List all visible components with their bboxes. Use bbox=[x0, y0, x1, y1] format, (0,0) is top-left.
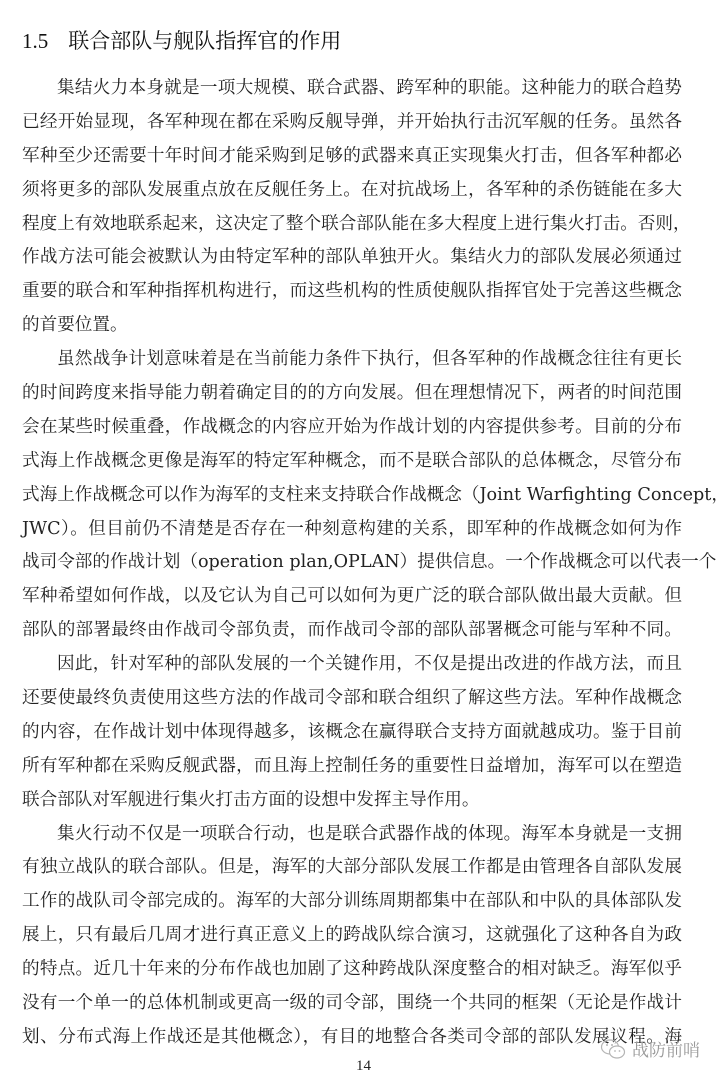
section-title: 联合部队与舰队指挥官的作用 bbox=[68, 29, 341, 53]
text-line: 因此，针对军种的部队发展的一个关键作用，不仅是提出改进的作战方法，而且 bbox=[22, 648, 682, 682]
text-line: 展上，只有最后几周才进行真正意义上的跨战队综合演习，这就强化了这种各自为政 bbox=[22, 919, 682, 953]
section-number: 1.5 bbox=[22, 29, 48, 53]
text-line: 没有一个单一的总体机制或更高一级的司令部，围绕一个共同的框架（无论是作战计 bbox=[22, 987, 682, 1021]
text-line: 战司令部的作战计划（operation plan,OPLAN）提供信息。一个作战… bbox=[22, 546, 682, 580]
text-line: JWC）。但目前仍不清楚是否存在一种刻意构建的关系，即军种的作战概念如何为作 bbox=[22, 513, 682, 547]
text-line: 已经开始显现，各军种现在都在采购反舰导弹，并开始执行击沉军舰的任务。虽然各 bbox=[22, 106, 682, 140]
section-heading: 1.5联合部队与舰队指挥官的作用 bbox=[22, 26, 341, 56]
text-line: 所有军种都在采购反舰武器，而且海上控制任务的重要性日益增加，海军可以在塑造 bbox=[22, 750, 682, 784]
text-line: 重要的联合和军种指挥机构进行，而这些机构的性质使舰队指挥官处于完善这些概念 bbox=[22, 275, 682, 309]
text-line: 程度上有效地联系起来，这决定了整个联合部队能在多大程度上进行集火打击。否则， bbox=[22, 208, 682, 242]
text-line: 还要使最终负责使用这些方法的作战司令部和联合组织了解这些方法。军种作战概念 bbox=[22, 682, 682, 716]
body-text: 集结火力本身就是一项大规模、联合武器、跨军种的职能。这种能力的联合趋势已经开始显… bbox=[22, 72, 682, 1055]
page-number: 14 bbox=[0, 1058, 727, 1075]
text-line: 工作的战队司令部完成的。海军的大部分训练周期都集中在部队和中队的具体部队发 bbox=[22, 885, 682, 919]
text-line: 的特点。近几十年来的分布作战也加剧了这种跨战队深度整合的相对缺乏。海军似乎 bbox=[22, 953, 682, 987]
text-line: 虽然战争计划意味着是在当前能力条件下执行，但各军种的作战概念往往有更长 bbox=[22, 343, 682, 377]
text-line: 军种至少还需要十年时间才能采购到足够的武器来真正实现集火打击，但各军种都必 bbox=[22, 140, 682, 174]
text-line: 联合部队对军舰进行集火打击方面的设想中发挥主导作用。 bbox=[22, 784, 682, 818]
text-line: 式海上作战概念可以作为海军的支柱来支持联合作战概念（Joint Warfight… bbox=[22, 479, 682, 513]
document-page: 1.5联合部队与舰队指挥官的作用 集结火力本身就是一项大规模、联合武器、跨军种的… bbox=[0, 0, 727, 1082]
text-line: 的时间跨度来指导能力朝着确定目的的方向发展。但在理想情况下，两者的时间范围 bbox=[22, 377, 682, 411]
text-line: 作战方法可能会被默认为由特定军种的部队单独开火。集结火力的部队发展必须通过 bbox=[22, 241, 682, 275]
text-line: 会在某些时候重叠，作战概念的内容应开始为作战计划的内容提供参考。目前的分布 bbox=[22, 411, 682, 445]
text-line: 划、分布式海上作战还是其他概念），有目的地整合各类司令部的部队发展议程。海 bbox=[22, 1021, 682, 1055]
text-line: 的内容，在作战计划中体现得越多，该概念在赢得联合支持方面就越成功。鉴于目前 bbox=[22, 716, 682, 750]
wechat-icon bbox=[600, 1038, 626, 1060]
text-line: 军种希望如何作战，以及它认为自己可以如何为更广泛的联合部队做出最大贡献。但 bbox=[22, 580, 682, 614]
text-line: 集火行动不仅是一项联合行动，也是联合武器作战的体现。海军本身就是一支拥 bbox=[22, 818, 682, 852]
text-line: 式海上作战概念更像是海军的特定军种概念，而不是联合部队的总体概念，尽管分布 bbox=[22, 445, 682, 479]
text-line: 部队的部署最终由作战司令部负责，而作战司令部的部队部署概念可能与军种不同。 bbox=[22, 614, 682, 648]
text-line: 的首要位置。 bbox=[22, 309, 682, 343]
text-line: 集结火力本身就是一项大规模、联合武器、跨军种的职能。这种能力的联合趋势 bbox=[22, 72, 682, 106]
text-line: 有独立战队的联合部队。但是，海军的大部分部队发展工作都是由管理各自部队发展 bbox=[22, 851, 682, 885]
text-line: 须将更多的部队发展重点放在反舰任务上。在对抗战场上，各军种的杀伤链能在多大 bbox=[22, 174, 682, 208]
